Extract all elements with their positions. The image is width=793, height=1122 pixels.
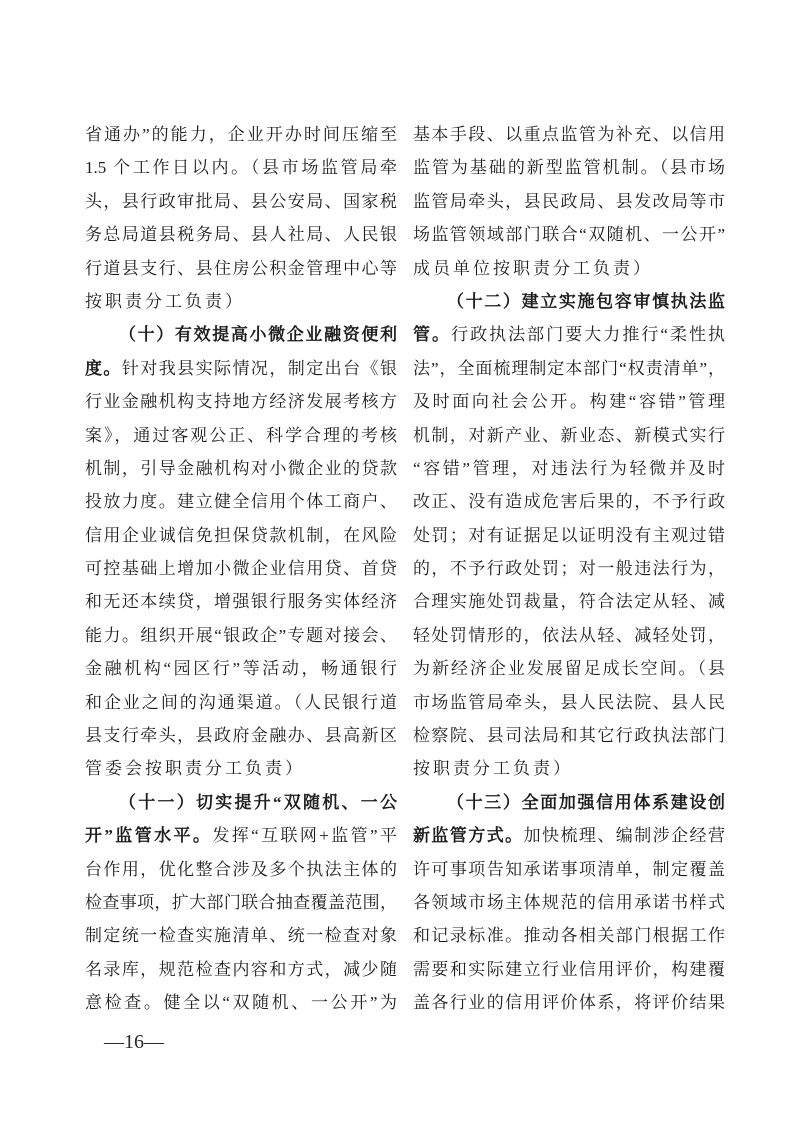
- text-line: 机制，引导金融机构对小微企业的贷款: [85, 452, 397, 485]
- text-line: 按职责分工负责）: [85, 285, 397, 318]
- body-text: 市场监管局牵头，县人民法院、县人民: [413, 693, 725, 712]
- body-text: “容错”管理，对违法行为轻微并及时: [413, 459, 725, 478]
- body-text: 头，县行政审批局、县公安局、国家税: [85, 192, 397, 211]
- heading-text: 管。: [413, 325, 451, 344]
- heading-text: （十三）全面加强信用体系建设创: [447, 793, 725, 812]
- text-line: 和无还本续贷，增强银行服务实体经济: [85, 585, 397, 618]
- body-text: 及时面向社会公开。构建“容错”管理: [413, 392, 725, 411]
- body-text: 案》，通过客观公正、科学合理的考核: [85, 426, 397, 445]
- text-line: 名录库，规范检查内容和方式，减少随: [85, 953, 397, 986]
- right-column: 基本手段、以重点监管为补充、以信用监管为基础的新型监管机制。（县市场监管局牵头，…: [413, 118, 725, 1020]
- body-text: 各领域市场主体规范的信用承诺书样式: [413, 893, 725, 912]
- text-line: 和企业之间的沟通渠道。（人民银行道: [85, 686, 397, 719]
- body-text: 行道县支行、县住房公积金管理中心等: [85, 259, 397, 278]
- text-line: 及时面向社会公开。构建“容错”管理: [413, 385, 725, 418]
- text-line: 许可事项告知承诺事项清单，制定覆盖: [413, 853, 725, 886]
- body-text: 省通办”的能力，企业开办时间压缩至: [85, 125, 397, 144]
- body-text: 行业金融机构支持地方经济发展考核方: [85, 392, 397, 411]
- text-line: 各领域市场主体规范的信用承诺书样式: [413, 886, 725, 919]
- text-line: 制定统一检查实施清单、统一检查对象: [85, 919, 397, 952]
- body-text: 检察院、县司法局和其它行政执法部门: [413, 726, 725, 745]
- heading-text: 度。: [85, 359, 122, 378]
- body-text: 合理实施处罚裁量，符合法定从轻、减: [413, 592, 725, 611]
- body-text: 县支行牵头，县政府金融办、县高新区: [85, 726, 397, 745]
- body-text: 投放力度。建立健全信用个体工商户、: [85, 492, 397, 511]
- text-line: 检查事项，扩大部门联合抽查覆盖范围，: [85, 886, 397, 919]
- body-text: 制定统一检查实施清单、统一检查对象: [85, 926, 397, 945]
- text-line: 基本手段、以重点监管为补充、以信用: [413, 118, 725, 151]
- body-text: 行政执法部门要大力推行“柔性执: [451, 325, 725, 344]
- text-line: 和记录标准。推动各相关部门根据工作: [413, 919, 725, 952]
- text-line: 1.5 个工作日以内。（县市场监管局牵: [85, 151, 397, 184]
- body-text: 基本手段、以重点监管为补充、以信用: [413, 125, 725, 144]
- heading-text: 新监管方式。: [413, 826, 524, 845]
- text-line: 合理实施处罚裁量，符合法定从轻、减: [413, 585, 725, 618]
- body-text: 和记录标准。推动各相关部门根据工作: [413, 926, 725, 945]
- text-line: 可控基础上增加小微企业信用贷、首贷: [85, 552, 397, 585]
- heading-text: （十二）建立实施包容审慎执法监: [447, 292, 725, 311]
- text-line: 成员单位按职责分工负责）: [413, 252, 725, 285]
- body-text: 台作用，优化整合涉及多个执法主体的: [85, 860, 397, 879]
- body-text: 检查事项，扩大部门联合抽查覆盖范围，: [85, 893, 397, 912]
- text-line: 能力。组织开展“银政企”专题对接会、: [85, 619, 397, 652]
- body-text: 监管为基础的新型监管机制。（县市场: [413, 158, 725, 177]
- text-line: 台作用，优化整合涉及多个执法主体的: [85, 853, 397, 886]
- body-text: 按职责分工负责）: [413, 759, 573, 778]
- body-text: 盖各行业的信用评价体系，将评价结果: [413, 993, 725, 1012]
- text-line: 处罚；对有证据足以证明没有主观过错: [413, 519, 725, 552]
- text-line: 监管为基础的新型监管机制。（县市场: [413, 151, 725, 184]
- heading-text: 开”监管水平。: [85, 826, 212, 845]
- body-text: 监管局牵头，县民政局、县发改局等市: [413, 192, 725, 211]
- text-line: 度。针对我县实际情况，制定出台《银: [85, 352, 397, 385]
- body-text: 的，不予行政处罚；对一般违法行为，: [413, 559, 725, 578]
- body-text: 管委会按职责分工负责）: [85, 759, 305, 778]
- text-line: 法”，全面梳理制定本部门“权责清单”，: [413, 352, 725, 385]
- text-line: 为新经济企业发展留足成长空间。（县: [413, 652, 725, 685]
- text-line: 市场监管局牵头，县人民法院、县人民: [413, 686, 725, 719]
- body-text: 法”，全面梳理制定本部门“权责清单”，: [413, 359, 725, 378]
- text-line: 的，不予行政处罚；对一般违法行为，: [413, 552, 725, 585]
- body-text: 针对我县实际情况，制定出台《银: [122, 359, 397, 378]
- text-line: 头，县行政审批局、县公安局、国家税: [85, 185, 397, 218]
- text-line: 场监管领域部门联合“双随机、一公开”: [413, 218, 725, 251]
- text-line: 改正、没有造成危害后果的，不予行政: [413, 485, 725, 518]
- body-text: 处罚；对有证据足以证明没有主观过错: [413, 526, 725, 545]
- body-text: 机制，对新产业、新业态、新模式实行: [413, 426, 725, 445]
- body-text: 1.5 个工作日以内。（县市场监管局牵: [85, 158, 397, 177]
- text-line: 投放力度。建立健全信用个体工商户、: [85, 485, 397, 518]
- body-text: 发挥“互联网+监管”平: [212, 826, 397, 845]
- body-text: 按职责分工负责）: [85, 292, 245, 311]
- left-column: 省通办”的能力，企业开办时间压缩至1.5 个工作日以内。（县市场监管局牵头，县行…: [85, 118, 397, 1020]
- text-line: 县支行牵头，县政府金融办、县高新区: [85, 719, 397, 752]
- text-line: 管。行政执法部门要大力推行“柔性执: [413, 318, 725, 351]
- text-line: “容错”管理，对违法行为轻微并及时: [413, 452, 725, 485]
- body-text: 金融机构“园区行”等活动，畅通银行: [85, 659, 397, 678]
- body-text: 名录库，规范检查内容和方式，减少随: [85, 960, 397, 979]
- body-text: 许可事项告知承诺事项清单，制定覆盖: [413, 860, 725, 879]
- text-line: 务总局道县税务局、县人社局、人民银: [85, 218, 397, 251]
- body-text: 和企业之间的沟通渠道。（人民银行道: [85, 693, 397, 712]
- text-line: 新监管方式。加快梳理、编制涉企经营: [413, 819, 725, 852]
- body-text: 成员单位按职责分工负责）: [413, 259, 653, 278]
- text-line: 盖各行业的信用评价体系，将评价结果: [413, 986, 725, 1019]
- heading-text: （十一）切实提升“双随机、一公: [119, 793, 397, 812]
- text-line: 行业金融机构支持地方经济发展考核方: [85, 385, 397, 418]
- text-line: （十一）切实提升“双随机、一公: [85, 786, 397, 819]
- text-line: 轻处罚情形的，依法从轻、减轻处罚，: [413, 619, 725, 652]
- page-number: —16—: [104, 1028, 164, 1056]
- body-text: 为新经济企业发展留足成长空间。（县: [413, 659, 725, 678]
- body-text: 和无还本续贷，增强银行服务实体经济: [85, 592, 397, 611]
- heading-text: （十）有效提高小微企业融资便利: [119, 325, 397, 344]
- body-text: 需要和实际建立行业信用评价，构建覆: [413, 960, 725, 979]
- text-line: 监管局牵头，县民政局、县发改局等市: [413, 185, 725, 218]
- text-line: 金融机构“园区行”等活动，畅通银行: [85, 652, 397, 685]
- body-text: 机制，引导金融机构对小微企业的贷款: [85, 459, 397, 478]
- text-line: 行道县支行、县住房公积金管理中心等: [85, 252, 397, 285]
- body-text: 轻处罚情形的，依法从轻、减轻处罚，: [413, 626, 725, 645]
- text-columns: 省通办”的能力，企业开办时间压缩至1.5 个工作日以内。（县市场监管局牵头，县行…: [85, 118, 725, 1020]
- document-page: 省通办”的能力，企业开办时间压缩至1.5 个工作日以内。（县市场监管局牵头，县行…: [0, 0, 793, 1122]
- text-line: 按职责分工负责）: [413, 752, 725, 785]
- body-text: 改正、没有造成危害后果的，不予行政: [413, 492, 725, 511]
- text-line: 开”监管水平。发挥“互联网+监管”平: [85, 819, 397, 852]
- body-text: 意检查。健全以“双随机、一公开”为: [85, 993, 397, 1012]
- text-line: （十三）全面加强信用体系建设创: [413, 786, 725, 819]
- text-line: 机制，对新产业、新业态、新模式实行: [413, 419, 725, 452]
- text-line: 案》，通过客观公正、科学合理的考核: [85, 419, 397, 452]
- body-text: 场监管领域部门联合“双随机、一公开”: [413, 225, 725, 244]
- text-line: 管委会按职责分工负责）: [85, 752, 397, 785]
- body-text: 能力。组织开展“银政企”专题对接会、: [85, 626, 397, 645]
- body-text: 加快梳理、编制涉企经营: [524, 826, 725, 845]
- body-text: 信用企业诚信免担保贷款机制，在风险: [85, 526, 397, 545]
- body-text: 务总局道县税务局、县人社局、人民银: [85, 225, 397, 244]
- text-line: （十二）建立实施包容审慎执法监: [413, 285, 725, 318]
- text-line: 省通办”的能力，企业开办时间压缩至: [85, 118, 397, 151]
- text-line: 检察院、县司法局和其它行政执法部门: [413, 719, 725, 752]
- body-text: 可控基础上增加小微企业信用贷、首贷: [85, 559, 397, 578]
- text-line: 需要和实际建立行业信用评价，构建覆: [413, 953, 725, 986]
- text-line: 信用企业诚信免担保贷款机制，在风险: [85, 519, 397, 552]
- text-line: （十）有效提高小微企业融资便利: [85, 318, 397, 351]
- text-line: 意检查。健全以“双随机、一公开”为: [85, 986, 397, 1019]
